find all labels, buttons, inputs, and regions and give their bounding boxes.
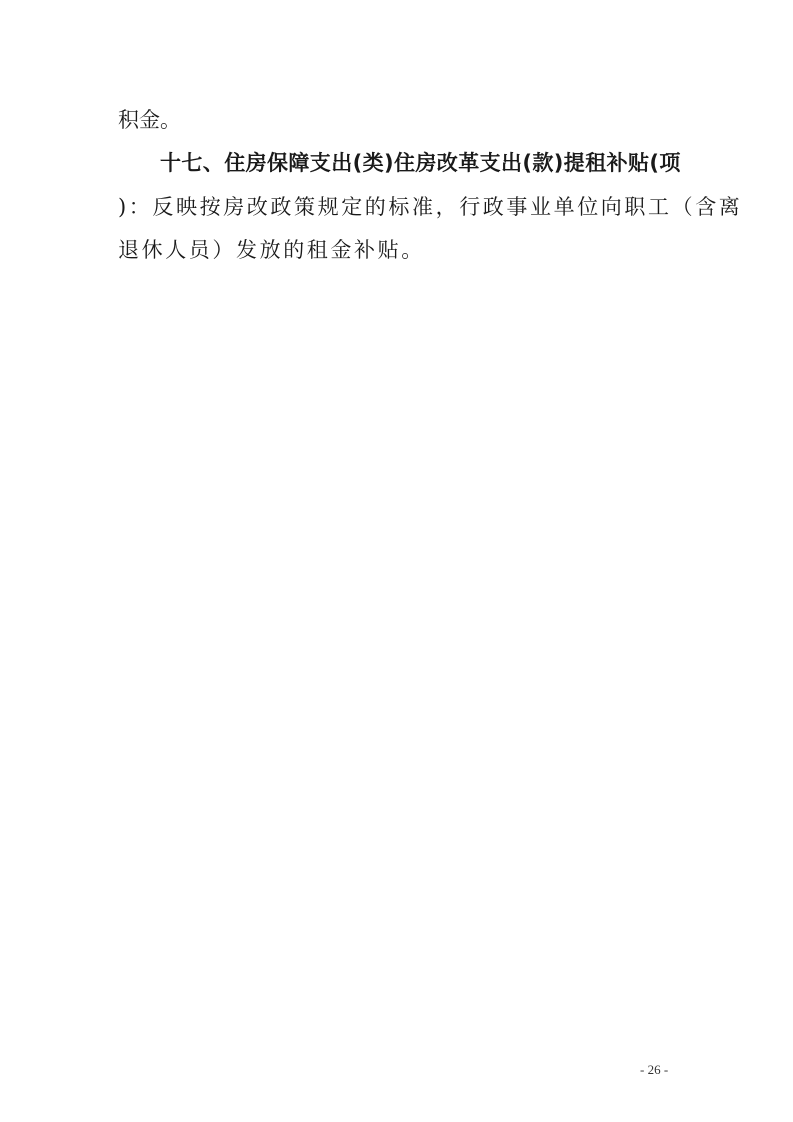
paragraph-line: 退休人员）发放的租金补贴。 (118, 236, 425, 264)
section-heading: 十七、住房保障支出(类)住房改革支出(款)提租补贴(项 (160, 149, 681, 177)
page-number: - 26 - (640, 1062, 668, 1078)
paragraph-continuation: 积金。 (118, 106, 181, 134)
paragraph-line: )：反映按房改政策规定的标准，行政事业单位向职工（含离 (118, 193, 742, 221)
